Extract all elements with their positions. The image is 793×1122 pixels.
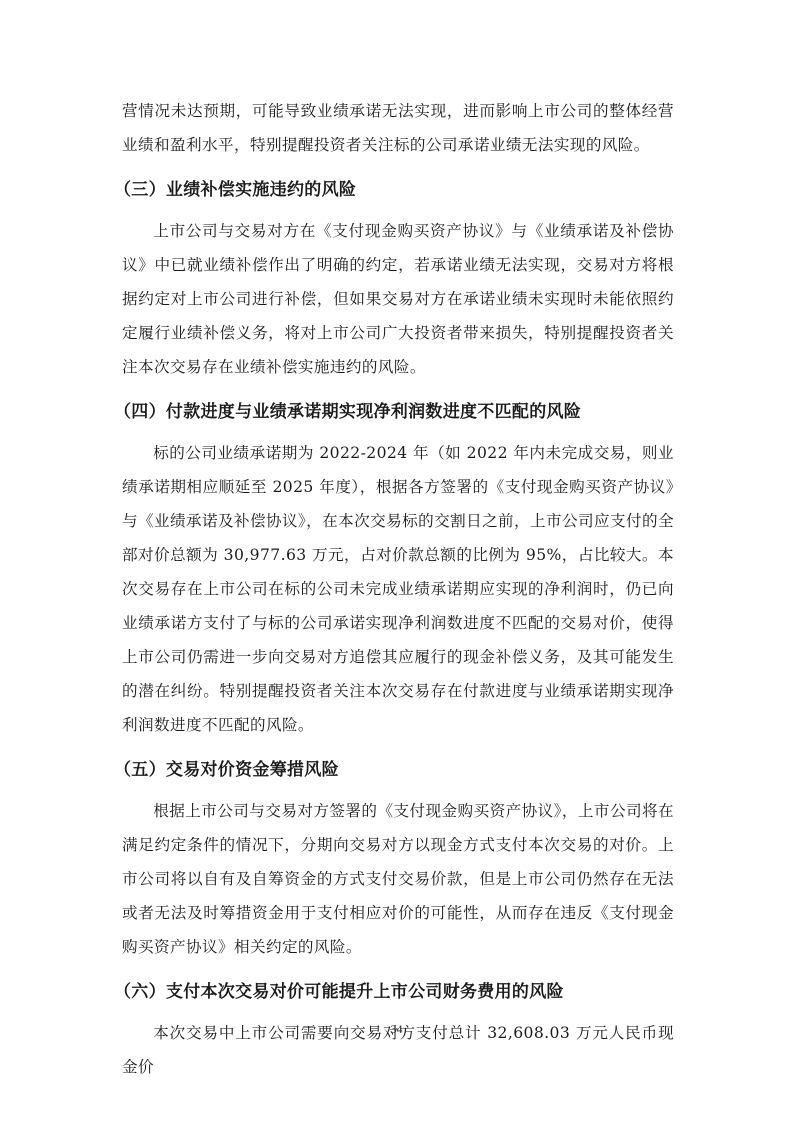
section-heading-6: （六）支付本次交易对价可能提升上市公司财务费用的风险	[114, 977, 674, 1007]
paragraph-continued: 营情况未达预期，可能导致业绩承诺无法实现，进而影响上市公司的整体经营业绩和盈利水…	[122, 94, 674, 162]
section-heading-3: （三）业绩补偿实施违约的风险	[114, 175, 674, 205]
paragraph-section-4: 标的公司业绩承诺期为 2022-2024 年（如 2022 年内未完成交易，则业…	[122, 436, 674, 742]
section-heading-5: （五）交易对价资金筹措风险	[114, 755, 674, 785]
paragraph-section-5: 根据上市公司与交易对方签署的《支付现金购买资产协议》，上市公司将在满足约定条件的…	[122, 794, 674, 964]
document-page: 营情况未达预期，可能导致业绩承诺无法实现，进而影响上市公司的整体经营业绩和盈利水…	[122, 94, 674, 1084]
page-number: 34	[0, 1022, 793, 1037]
paragraph-section-3: 上市公司与交易对方在《支付现金购买资产协议》与《业绩承诺及补偿协议》中已就业绩补…	[122, 214, 674, 384]
section-heading-4: （四）付款进度与业绩承诺期实现净利润数进度不匹配的风险	[114, 397, 674, 427]
